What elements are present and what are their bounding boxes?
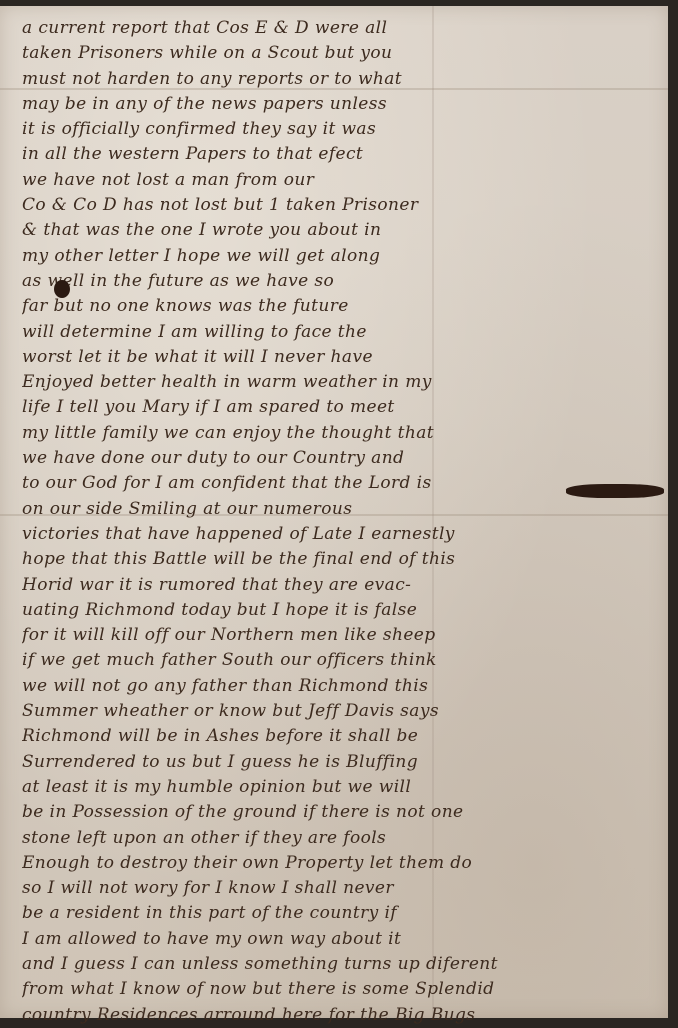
text-line: worst let it be what it will I never hav…	[22, 345, 662, 370]
text-line: be in Possession of the ground if there …	[22, 800, 662, 825]
text-line: may be in any of the news papers unless	[22, 92, 662, 117]
text-line: for it will kill off our Northern men li…	[22, 623, 662, 648]
text-line: hope that this Battle will be the final …	[22, 547, 662, 572]
text-line: taken Prisoners while on a Scout but you	[22, 41, 662, 66]
text-line: my other letter I hope we will get along	[22, 244, 662, 269]
text-line: I am allowed to have my own way about it	[22, 927, 662, 952]
text-line: Enjoyed better health in warm weather in…	[22, 370, 662, 395]
text-line: far but no one knows was the future	[22, 294, 662, 319]
text-line: stone left upon an other if they are foo…	[22, 826, 662, 851]
text-line: we have done our duty to our Country and	[22, 446, 662, 471]
text-line: in all the western Papers to that efect	[22, 142, 662, 167]
letter-page: a current report that Cos E & D were all…	[0, 6, 668, 1018]
text-line: must not harden to any reports or to wha…	[22, 67, 662, 92]
text-line: be a resident in this part of the countr…	[22, 901, 662, 926]
text-line: at least it is my humble opinion but we …	[22, 775, 662, 800]
ink-strikeout	[566, 484, 664, 498]
text-line: Summer wheather or know but Jeff Davis s…	[22, 699, 662, 724]
text-line: from what I know of now but there is som…	[22, 977, 662, 1002]
text-line: a current report that Cos E & D were all	[22, 16, 662, 41]
text-line: so I will not wory for I know I shall ne…	[22, 876, 662, 901]
ink-blot	[54, 280, 70, 298]
text-line: & that was the one I wrote you about in	[22, 218, 662, 243]
text-line: we have not lost a man from our	[22, 168, 662, 193]
text-line: Enough to destroy their own Property let…	[22, 851, 662, 876]
text-line: country Residences arround here for the …	[22, 1003, 662, 1023]
text-line: if we get much father South our officers…	[22, 648, 662, 673]
text-line: life I tell you Mary if I am spared to m…	[22, 395, 662, 420]
text-line: Horid war it is rumored that they are ev…	[22, 573, 662, 598]
handwritten-text: a current report that Cos E & D were all…	[22, 16, 662, 1023]
text-line: and I guess I can unless something turns…	[22, 952, 662, 977]
text-line: as well in the future as we have so	[22, 269, 662, 294]
text-line: Surrendered to us but I guess he is Bluf…	[22, 750, 662, 775]
text-line: Richmond will be in Ashes before it shal…	[22, 724, 662, 749]
text-line: we will not go any father than Richmond …	[22, 674, 662, 699]
text-line: on our side Smiling at our numerous	[22, 497, 662, 522]
text-line: victories that have happened of Late I e…	[22, 522, 662, 547]
text-line: it is officially confirmed they say it w…	[22, 117, 662, 142]
text-line: Co & Co D has not lost but 1 taken Priso…	[22, 193, 662, 218]
text-line: will determine I am willing to face the	[22, 320, 662, 345]
text-line: my little family we can enjoy the though…	[22, 421, 662, 446]
text-line: uating Richmond today but I hope it is f…	[22, 598, 662, 623]
